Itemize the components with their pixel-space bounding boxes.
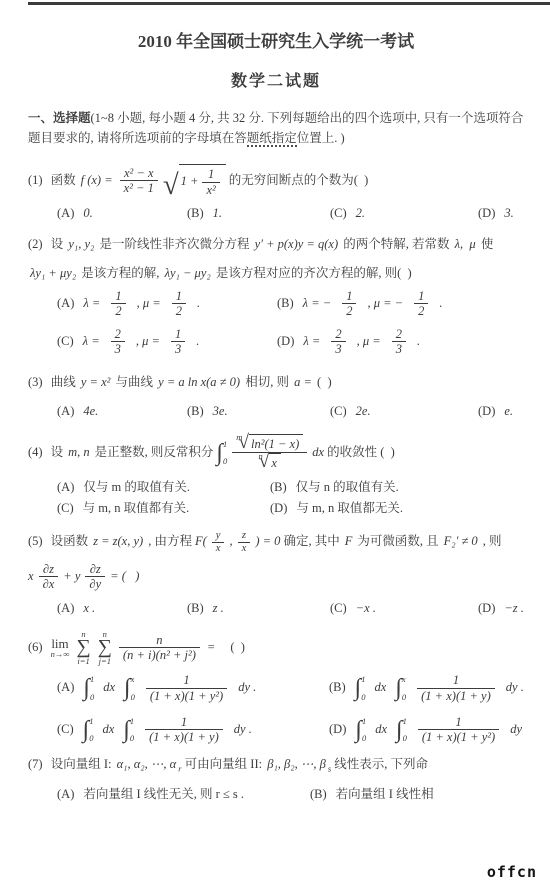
question-1-stem: (1) 函数 f (x) = x² − x x² − 1 √ 1 + 1 x² … <box>28 164 524 197</box>
formula: λ, μ <box>455 237 476 251</box>
question-text: 是该方程对应的齐次方程的解, 则( ) <box>216 266 412 280</box>
question-text: 设 <box>51 443 64 462</box>
option-label: (C) <box>57 498 74 519</box>
fraction: 1(1 + x)(1 + y) <box>417 673 495 703</box>
option-text: 2. <box>356 204 365 223</box>
option-d: (D)3. <box>478 204 524 223</box>
question-4-stem: (4) 设 m, n 是正整数, 则反常积分 ∫ 10 m√ln²(1 − x)… <box>28 434 524 471</box>
fraction: 1 x² <box>202 167 219 197</box>
formula: y = a ln x(a ≠ 0) <box>158 375 240 389</box>
option-text: e. <box>504 402 513 421</box>
question-text: 的无穷间断点的个数为( ) <box>229 171 369 190</box>
question-7: (7) 设向量组 I: α₁, α₂, ⋯, αr 可由向量组 II: β₁, … <box>28 755 524 805</box>
emphasized-text: 题纸指定 <box>247 131 297 147</box>
option-text: 与 m, n 取值都有关. <box>83 498 190 519</box>
instructions-text: 位置上. ) <box>297 131 345 145</box>
option-a: (A)若向量组 I 线性无关, 则 r ≤ s . <box>57 785 310 804</box>
option-a: (A)4e. <box>57 402 187 421</box>
question-4: (4) 设 m, n 是正整数, 则反常积分 ∫ 10 m√ln²(1 − x)… <box>28 434 524 519</box>
formula: a = <box>294 375 312 389</box>
sigma-sign: ∑ <box>98 638 112 656</box>
option-label: (A) <box>57 204 74 223</box>
question-text: ( ) <box>317 375 332 389</box>
fraction: yx <box>212 530 225 553</box>
formula: α₁, α₂, ⋯, α <box>117 757 177 771</box>
option-b: (B) λ = − 12 , μ = − 12 . <box>277 289 524 319</box>
question-text: 函数 <box>51 171 76 190</box>
formula: = <box>207 638 215 657</box>
option-c: (C) ∫10 dx ∫10 1(1 + x)(1 + y) dy . <box>57 715 329 745</box>
option-text: 3. <box>504 204 513 223</box>
option-d: (D)与 m, n 取值都无关. <box>270 498 524 519</box>
option-label: (B) <box>187 204 204 223</box>
option-text: 2e. <box>356 402 371 421</box>
question-text: 线性表示, 下列命 <box>334 757 428 771</box>
option-c: (C)与 m, n 取值都有关. <box>57 498 270 519</box>
option-label: (D) <box>270 498 287 519</box>
question-text: 是一阶线性非齐次微分方程 <box>100 237 250 251</box>
option-text: 3e. <box>213 402 228 421</box>
question-text: , 则 <box>483 532 502 551</box>
formula: y′ + p(x)y = q(x) <box>255 237 338 251</box>
option-c: (C)2e. <box>330 402 478 421</box>
option-label: (D) <box>277 332 294 351</box>
option-label: (A) <box>57 294 74 313</box>
top-rule <box>28 2 550 5</box>
integral-sign: ∫ <box>83 676 90 700</box>
option-c: (C) λ = 23 , μ = 13 . <box>57 327 277 357</box>
question-3-options: (A)4e. (B)3e. (C)2e. (D)e. <box>28 402 524 421</box>
option-b: (B)z . <box>187 599 330 618</box>
question-text: 为可微函数, 且 <box>357 532 438 551</box>
option-label: (D) <box>478 599 495 618</box>
exam-page: 2010 年全国硕士研究生入学统一考试 数学二试题 一、选择题(1~8 小题, … <box>0 0 550 893</box>
formula: z = z(x, y) <box>93 532 143 551</box>
question-4-options: (A)仅与 m 的取值有关. (B)仅与 n 的取值有关. (C)与 m, n … <box>28 477 524 519</box>
fraction: n (n + i)(n² + j²) <box>119 633 200 663</box>
question-2-stem-line2: λy₁ + μy₂ 是该方程的解, λy₁ − μy₂ 是该方程对应的齐次方程的… <box>28 264 524 283</box>
option-label: (C) <box>330 402 347 421</box>
question-7-stem: (7) 设向量组 I: α₁, α₂, ⋯, αr 可由向量组 II: β₁, … <box>28 755 524 776</box>
option-c: (C)−x . <box>330 599 478 618</box>
question-text: 设向量组 I: <box>51 757 112 771</box>
question-2: (2) 设 y₁, y₂ 是一阶线性非齐次微分方程 y′ + p(x)y = q… <box>28 235 524 356</box>
limit-operator: lim n→∞ <box>51 637 70 659</box>
integral: ∫10 <box>355 675 366 701</box>
question-2-options: (A) λ = 12 , μ = 12 . (B) λ = − 12 , μ =… <box>28 289 524 357</box>
question-5-stem-line2: x ∂z∂x + y ∂z∂y = ( ) <box>28 562 524 592</box>
fraction: 12 <box>414 289 428 319</box>
option-label: (A) <box>57 402 74 421</box>
question-6-options: (A) ∫10 dx ∫x0 1(1 + x)(1 + y²) dy . (B)… <box>28 673 524 745</box>
question-1-options: (A)0. (B)1. (C)2. (D)3. <box>28 204 524 223</box>
question-label: (7) <box>28 757 43 771</box>
option-a: (A)0. <box>57 204 187 223</box>
formula: + y <box>63 567 80 586</box>
integral-sign: ∫ <box>124 676 131 700</box>
vector-subscript: r <box>178 763 181 773</box>
question-5: (5) 设函数 z = z(x, y) , 由方程 F( yx , zx ) =… <box>28 530 524 618</box>
fraction: 23 <box>111 327 125 357</box>
question-label: (4) <box>28 443 43 462</box>
question-6-stem: (6) lim n→∞ n ∑ i=1 n ∑ j=1 n (n + i)(n²… <box>28 630 524 665</box>
option-label: (A) <box>57 599 74 618</box>
option-label: (A) <box>57 678 74 697</box>
formula: m, n <box>68 443 90 462</box>
option-d: (D) ∫10 dx ∫10 1(1 + x)(1 + y²) dy . <box>329 715 524 745</box>
option-text: −x . <box>356 599 376 618</box>
option-a: (A)x . <box>57 599 187 618</box>
question-label: (5) <box>28 532 43 551</box>
option-d: (D) λ = 23 , μ = 23 . <box>277 327 524 357</box>
sigma-sign: ∑ <box>76 638 90 656</box>
sum-operator: n ∑ i=1 <box>76 630 90 665</box>
integral-sign: ∫ <box>355 676 362 700</box>
question-text: 相切, 则 <box>245 375 289 389</box>
sum-operator: n ∑ j=1 <box>98 630 112 665</box>
question-text: , 由方程 <box>148 532 192 551</box>
option-label: (A) <box>57 477 74 498</box>
option-label: (C) <box>330 204 347 223</box>
option-label: (D) <box>478 402 495 421</box>
question-text: 可由向量组 II: <box>185 757 262 771</box>
formula: β₁, β₂, ⋯, β <box>267 757 326 771</box>
question-5-options: (A)x . (B)z . (C)−x . (D)−z . <box>28 599 524 618</box>
fraction: ∂z∂x <box>39 562 59 592</box>
radical: m√ln²(1 − x) <box>236 434 303 451</box>
option-text: x . <box>83 599 95 618</box>
option-label: (C) <box>57 720 74 739</box>
formula: F₂′ ≠ 0 <box>444 532 478 551</box>
option-text: 0. <box>83 204 92 223</box>
integral: ∫x0 <box>124 675 135 701</box>
integral: ∫x0 <box>395 675 406 701</box>
formula: ) = 0 <box>255 532 280 551</box>
fraction: x² − x x² − 1 <box>120 166 158 196</box>
option-b: (B) ∫10 dx ∫x0 1(1 + x)(1 + y) dy . <box>329 673 524 703</box>
integral-sign: ∫ <box>83 718 90 742</box>
option-label: (D) <box>329 720 346 739</box>
question-label: (1) <box>28 171 43 190</box>
option-text: z . <box>213 599 224 618</box>
question-7-options: (A)若向量组 I 线性无关, 则 r ≤ s . (B)若向量组 I 线性相 <box>28 785 524 804</box>
question-1: (1) 函数 f (x) = x² − x x² − 1 √ 1 + 1 x² … <box>28 164 524 223</box>
option-label: (B) <box>270 477 287 498</box>
section-instructions: 一、选择题(1~8 小题, 每小题 4 分, 共 32 分. 下列每题给出的四个… <box>28 108 524 148</box>
fraction: ∂z∂y <box>85 562 105 592</box>
formula: dx <box>312 443 324 462</box>
question-text: 设 <box>51 237 64 251</box>
question-label: (3) <box>28 375 43 389</box>
page-title: 2010 年全国硕士研究生入学统一考试 <box>28 29 524 55</box>
instructions-text: (1~8 小题, 每小题 4 分, 共 32 分. 下列每题给出的四个选项中, … <box>91 111 524 125</box>
fraction: 13 <box>171 327 185 357</box>
question-text: 的两个特解, 若常数 <box>343 237 449 251</box>
option-label: (C) <box>330 599 347 618</box>
question-3-stem: (3) 曲线 y = x² 与曲线 y = a ln x(a ≠ 0) 相切, … <box>28 373 524 392</box>
integral: ∫10 <box>123 717 134 743</box>
option-b: (B)仅与 n 的取值有关. <box>270 477 524 498</box>
question-text: 是该方程的解, <box>81 266 159 280</box>
formula: F( <box>195 532 207 551</box>
option-d: (D)−z . <box>478 599 524 618</box>
fraction: 23 <box>392 327 406 357</box>
option-text: 若向量组 I 线性相 <box>336 785 434 804</box>
option-label: (C) <box>57 332 74 351</box>
option-label: (B) <box>329 678 346 697</box>
question-text: 使 <box>481 237 494 251</box>
option-b: (B)1. <box>187 204 330 223</box>
question-2-stem: (2) 设 y₁, y₂ 是一阶线性非齐次微分方程 y′ + p(x)y = q… <box>28 235 524 254</box>
question-6: (6) lim n→∞ n ∑ i=1 n ∑ j=1 n (n + i)(n²… <box>28 630 524 745</box>
section-heading: 一、选择题 <box>28 111 91 125</box>
option-text: 若向量组 I 线性无关, 则 r ≤ s . <box>83 785 244 804</box>
integral-sign: ∫ <box>396 718 403 742</box>
question-text: 曲线 <box>51 375 76 389</box>
option-label: (B) <box>187 599 204 618</box>
option-d: (D)e. <box>478 402 524 421</box>
radical: √ 1 + 1 x² <box>163 164 226 197</box>
option-b: (B)若向量组 I 线性相 <box>310 785 524 804</box>
radical-sign: √ <box>163 173 179 197</box>
fraction: 1(1 + x)(1 + y²) <box>418 715 499 745</box>
watermark-offcn: offcn <box>487 861 537 884</box>
formula: λy₁ + μy₂ <box>30 266 76 280</box>
fraction: 1(1 + x)(1 + y) <box>145 715 223 745</box>
formula: F <box>345 532 353 551</box>
question-5-stem: (5) 设函数 z = z(x, y) , 由方程 F( yx , zx ) =… <box>28 530 524 553</box>
option-a: (A) λ = 12 , μ = 12 . <box>57 289 277 319</box>
formula: y₁, y₂ <box>68 237 94 251</box>
fraction: zx <box>238 530 251 553</box>
integral: ∫10 <box>396 717 407 743</box>
integral: ∫ 10 <box>216 440 227 466</box>
integral-sign: ∫ <box>216 441 223 465</box>
fraction: 1(1 + x)(1 + y²) <box>146 673 227 703</box>
option-a: (A) ∫10 dx ∫x0 1(1 + x)(1 + y²) dy . <box>57 673 329 703</box>
fraction: 12 <box>342 289 356 319</box>
integral-sign: ∫ <box>395 676 402 700</box>
option-label: (B) <box>187 402 204 421</box>
option-text: 与 m, n 取值都无关. <box>296 498 403 519</box>
formula: x <box>28 567 34 586</box>
option-label: (B) <box>310 785 327 804</box>
option-c: (C)2. <box>330 204 478 223</box>
fraction: 12 <box>172 289 186 319</box>
question-text: 确定, 其中 <box>283 532 339 551</box>
integral: ∫10 <box>83 717 94 743</box>
integral: ∫10 <box>83 675 94 701</box>
option-b: (B)3e. <box>187 402 330 421</box>
vector-subscript: s <box>328 763 331 773</box>
option-text: 仅与 n 的取值有关. <box>296 477 399 498</box>
formula: = ( ) <box>110 567 139 586</box>
formula: y = x² <box>81 375 111 389</box>
option-label: (D) <box>478 204 495 223</box>
question-label: (2) <box>28 237 43 251</box>
integral: ∫10 <box>355 717 366 743</box>
option-text: 仅与 m 的取值有关. <box>83 477 190 498</box>
page-subtitle: 数学二试题 <box>28 70 524 95</box>
question-text: ( ) <box>230 638 245 657</box>
option-label: (B) <box>277 294 294 313</box>
formula: f (x) = <box>81 171 113 190</box>
instructions-text: 题目要求的, 请将所选项前的字母填在答 <box>28 131 247 145</box>
fraction: 12 <box>111 289 125 319</box>
option-label: (A) <box>57 785 74 804</box>
question-text: 设函数 <box>51 532 89 551</box>
option-text: 4e. <box>83 402 98 421</box>
radical: n√x <box>259 453 281 470</box>
question-label: (6) <box>28 638 43 657</box>
option-a: (A)仅与 m 的取值有关. <box>57 477 270 498</box>
formula: λy₁ − μy₂ <box>165 266 211 280</box>
fraction: m√ln²(1 − x) n√x <box>232 434 307 471</box>
integral-sign: ∫ <box>123 718 130 742</box>
option-text: 1. <box>213 204 222 223</box>
question-text: 的收敛性 ( ) <box>327 443 395 462</box>
integral-sign: ∫ <box>355 718 362 742</box>
fraction: 23 <box>331 327 345 357</box>
question-text: 是正整数, 则反常积分 <box>95 443 214 462</box>
option-text: −z . <box>504 599 524 618</box>
question-text: 与曲线 <box>116 375 154 389</box>
question-3: (3) 曲线 y = x² 与曲线 y = a ln x(a ≠ 0) 相切, … <box>28 373 524 422</box>
